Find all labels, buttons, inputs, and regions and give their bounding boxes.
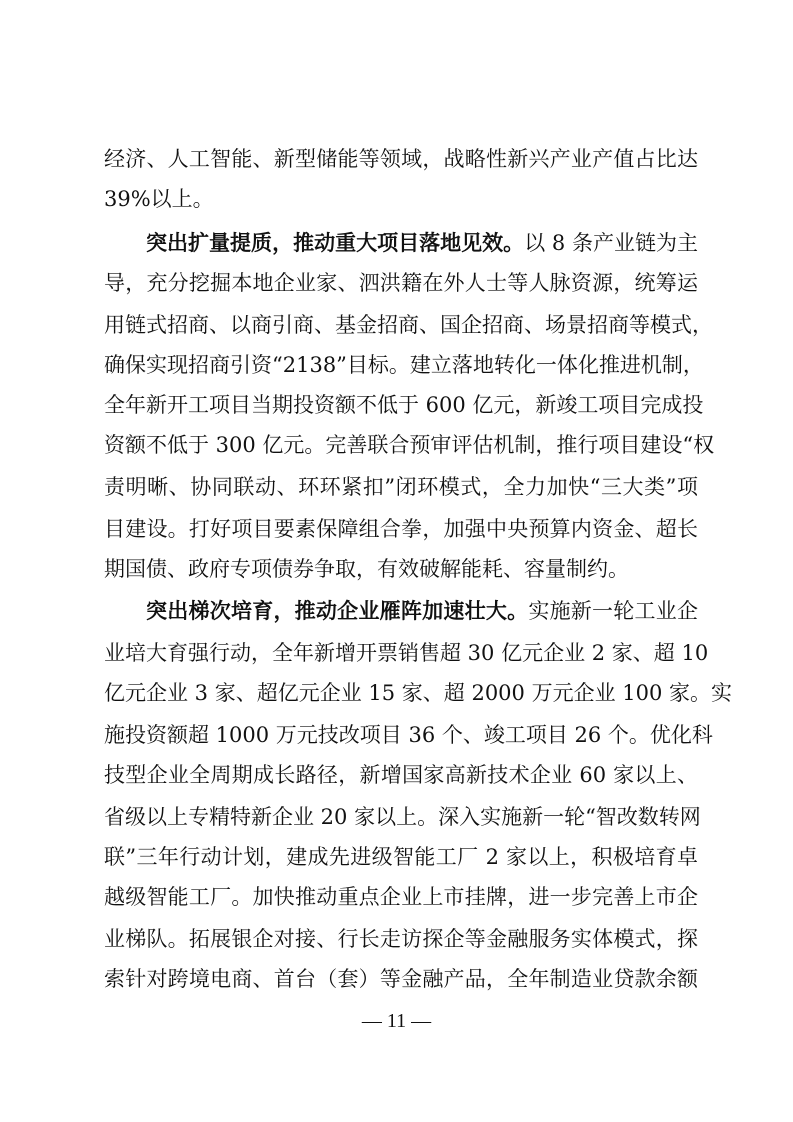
text-line: 省级以上专精特新企业 20 家以上。深入实施新一轮“智改数转网 [104, 804, 698, 830]
paragraph-heading: 突出梯次培育，推动企业雁阵加速壮大。 [146, 599, 528, 623]
text-line: 技型企业全周期成长路径，新增国家高新技术企业 60 家以上、 [104, 762, 698, 788]
text-line: 目建设。打好项目要素保障组合拳，加强中央预算内资金、超长 [104, 516, 698, 542]
text-line: 施投资额超 1000 万元技改项目 36 个、竣工项目 26 个。优化科 [104, 722, 698, 748]
document-page: 经济、人工智能、新型储能等领域，战略性新兴产业产值占比达 39%以上。 突出扩量… [0, 0, 793, 1122]
text-line: 越级智能工厂。加快推动重点企业上市挂牌，进一步完善上市企 [104, 884, 698, 910]
paragraph-first-line: 突出扩量提质，推动重大项目落地见效。以 8 条产业链为主 [104, 230, 698, 256]
text-line: 确保实现招商引资“2138”目标。建立落地转化一体化推进机制， [104, 352, 698, 378]
text-run: 以 8 条产业链为主 [524, 231, 698, 255]
text-line: 业梯队。拓展银企对接、行长走访探企等金融服务实体模式，探 [104, 926, 698, 952]
page-number: — 11 — [0, 1008, 793, 1034]
paragraph-first-line: 突出梯次培育，推动企业雁阵加速壮大。实施新一轮工业企 [104, 598, 698, 624]
text-line: 导，充分挖掘本地企业家、泗洪籍在外人士等人脉资源，统筹运 [104, 270, 698, 296]
text-line: 39%以上。 [104, 186, 698, 212]
paragraph-heading: 突出扩量提质，推动重大项目落地见效。 [146, 231, 524, 255]
text-line: 全年新开工项目当期投资额不低于 600 亿元，新竣工项目完成投 [104, 392, 698, 418]
text-line: 期国债、政府专项债券争取，有效破解能耗、容量制约。 [104, 556, 698, 582]
text-run: 实施新一轮工业企 [528, 599, 698, 623]
text-line: 联”三年行动计划，建成先进级智能工厂 2 家以上，积极培育卓 [104, 844, 698, 870]
text-line: 用链式招商、以商引商、基金招商、国企招商、场景招商等模式， [104, 312, 698, 338]
text-line: 经济、人工智能、新型储能等领域，战略性新兴产业产值占比达 [104, 146, 698, 172]
text-line: 亿元企业 3 家、超亿元企业 15 家、超 2000 万元企业 100 家。实 [104, 680, 698, 706]
text-line: 业培大育强行动，全年新增开票销售超 30 亿元企业 2 家、超 10 [104, 640, 698, 666]
text-line: 索针对跨境电商、首台（套）等金融产品，全年制造业贷款余额 [104, 966, 698, 992]
text-line: 责明晰、协同联动、环环紧扣”闭环模式，全力加快“三大类”项 [104, 474, 698, 500]
text-line: 资额不低于 300 亿元。完善联合预审评估机制，推行项目建设“权 [104, 432, 698, 458]
